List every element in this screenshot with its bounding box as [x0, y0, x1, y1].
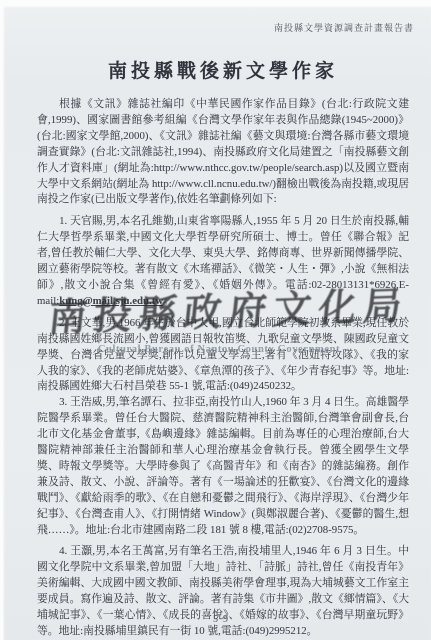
intro-paragraph: 根據《文訊》雜誌社編印《中華民國作家作品目錄》(台北:行政院文建會,1999)、…: [37, 97, 409, 208]
writer-entry-1-suffix: 。: [163, 295, 174, 307]
writer-entry-2: 2. 王文華,男,1966 年生於台中大甲,國立台北師範學院初教系畢業,現任教於…: [37, 316, 409, 396]
writer-entry-1-text: 1. 天官賜,男,本名孔維勤,山東省寧陽縣人,1955 年 5 月 20 日生於…: [37, 215, 409, 307]
page-title: 南投縣戰後新文學作家: [37, 56, 409, 83]
writer-entry-3: 3. 王浩威,男,筆名譚石、拉非亞,南投竹山人,1960 年 3 月 4 日生。…: [37, 395, 409, 538]
email-address: kung@mail.sju.edu.tw: [59, 295, 163, 307]
writer-entry-2-wrap: 2. 王文華,男,1966 年生於台中大甲,國立台北師範學院初教系畢業,現任教於…: [37, 316, 409, 396]
writer-entry-4: 4. 王灝,男,本名王萬富,另有筆名王浩,南投埔里人,1946 年 6 月 3 …: [37, 544, 409, 639]
body-text: 根據《文訊》雜誌社編印《中華民國作家作品目錄》(台北:行政院文建會,1999)、…: [37, 97, 409, 640]
page-number: 59: [37, 614, 409, 625]
scanned-page: 南投縣文學資源調查計畫報告書 南投縣戰後新文學作家 根據《文訊》雜誌社編印《中華…: [3, 6, 431, 640]
report-header: 南投縣文學資源調查計畫報告書: [274, 21, 414, 34]
writer-entry-1: 1. 天官賜,男,本名孔維勤,山東省寧陽縣人,1955 年 5 月 20 日生於…: [37, 214, 409, 309]
